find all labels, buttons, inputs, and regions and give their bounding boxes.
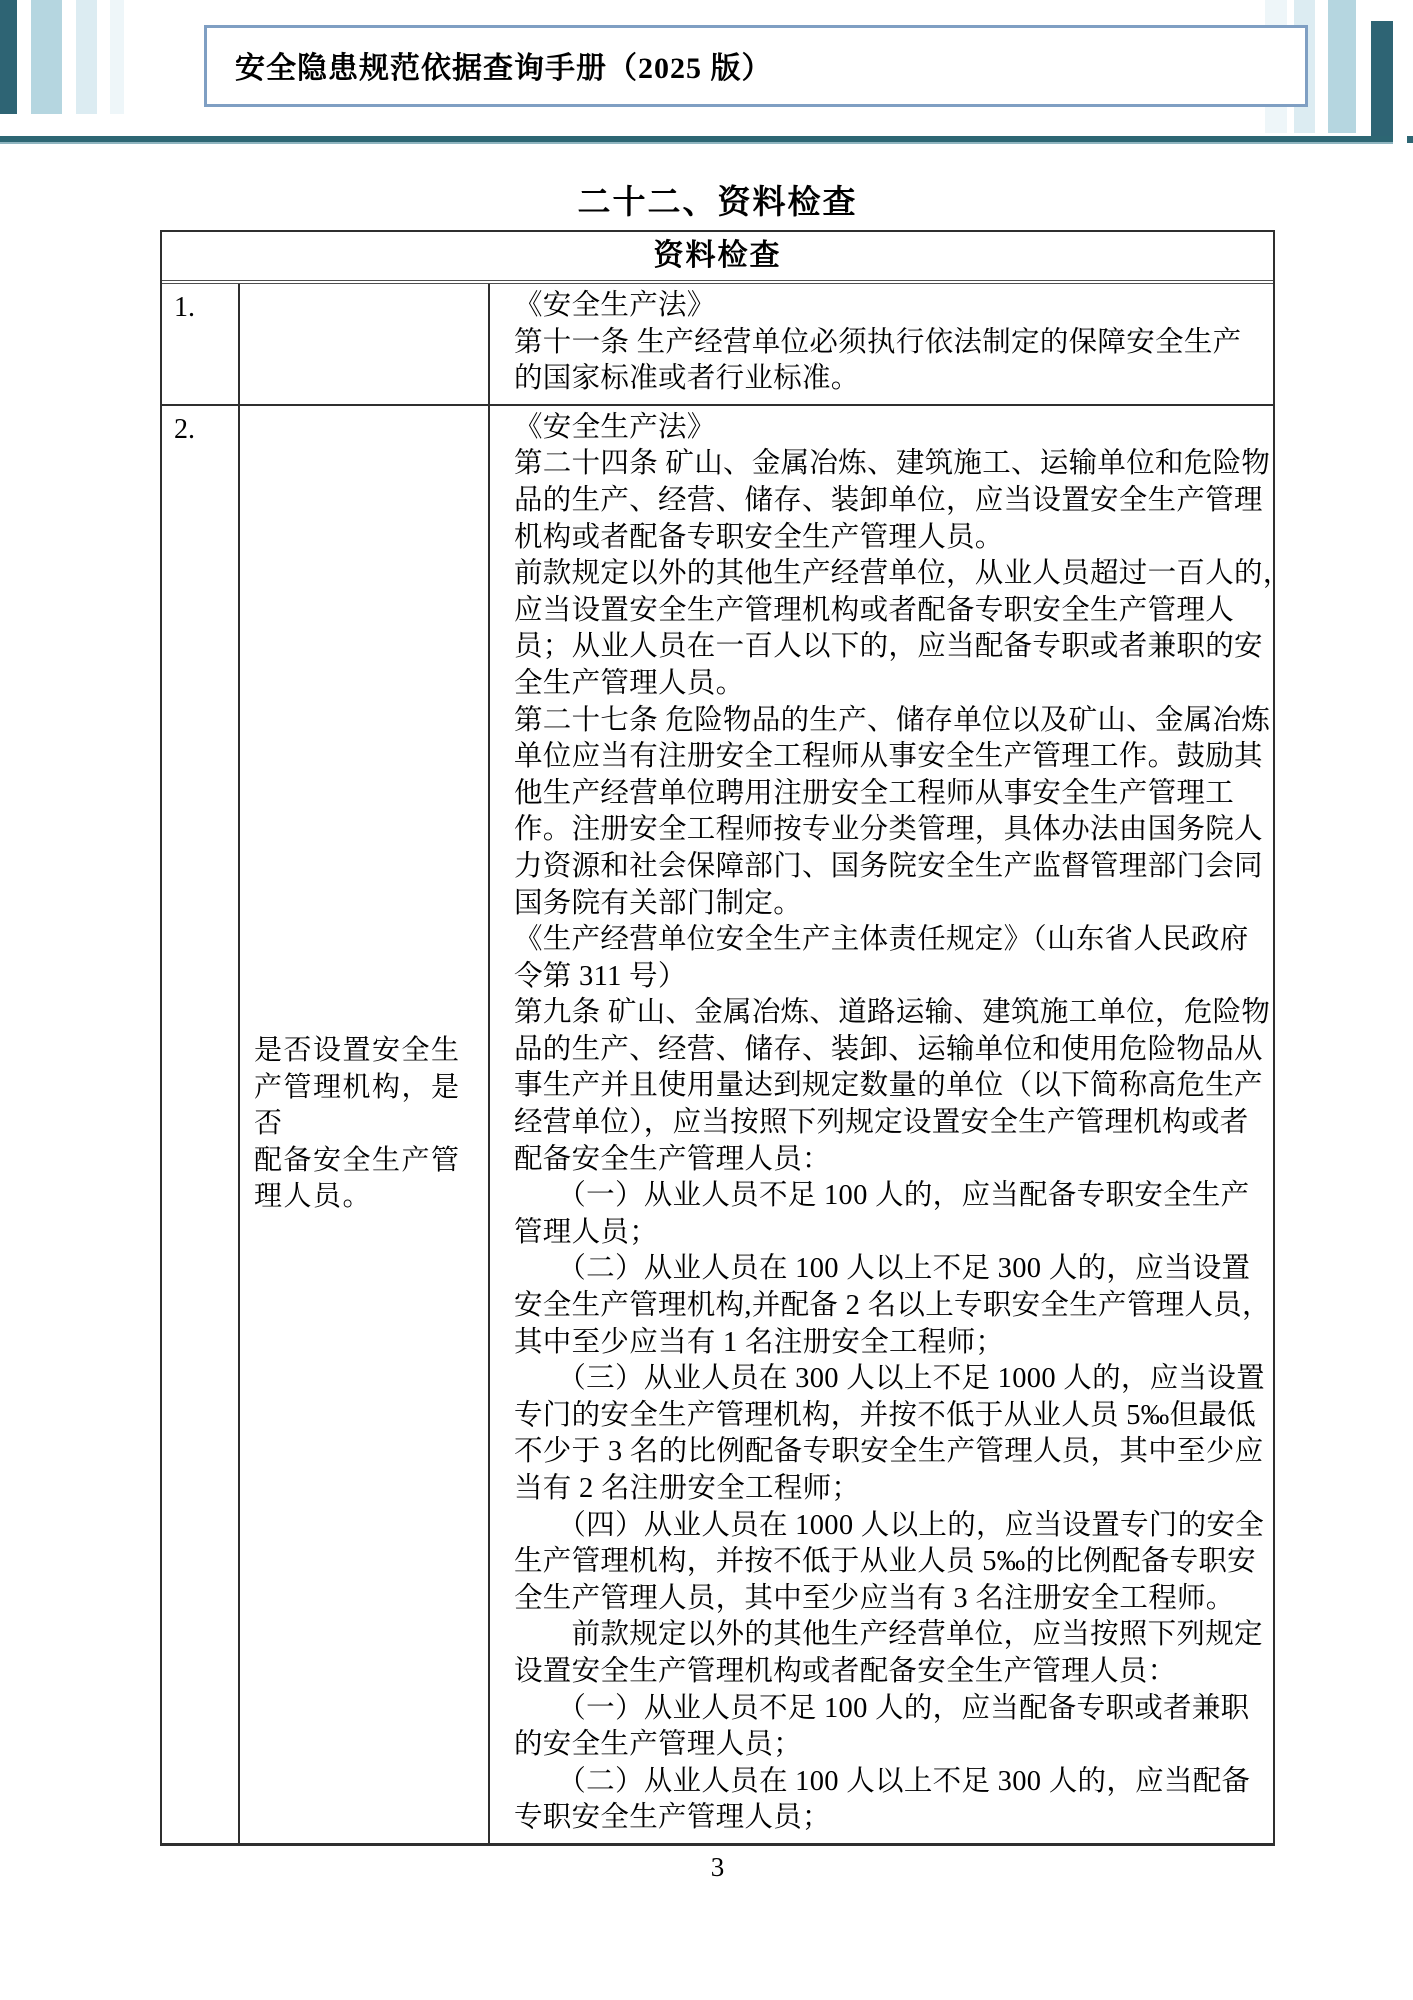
deco-bar-left-faint: [110, 0, 124, 114]
header-divider-underline: [0, 142, 1393, 144]
text-line: 《生产经营单位安全生产主体责任规定》（山东省人民政府: [514, 922, 1292, 959]
text-line: 《安全生产法》: [514, 288, 1261, 325]
text-line: （二）从业人员在 100 人以上不足 300 人的，应当配备: [514, 1764, 1292, 1801]
text-line: 安全生产管理机构,并配备 2 名以上专职安全生产管理人员，: [514, 1288, 1292, 1325]
text-line: 的国家标准或者行业标准。: [514, 361, 1261, 398]
deco-bar-right-medium: [1328, 0, 1356, 133]
text-line: 应当设置安全生产管理机构或者配备专职安全生产管理人: [514, 593, 1292, 630]
text-line: 管理人员；: [514, 1215, 1292, 1252]
deco-bar-dark-left: [0, 0, 17, 114]
text-line: 机构或者配备专职安全生产管理人员。: [514, 520, 1292, 557]
page-number: 3: [160, 1852, 1275, 1883]
text-line: 专门的安全生产管理机构，并按不低于从业人员 5‰但最低: [514, 1398, 1292, 1435]
text-line: 生产管理机构，并按不低于从业人员 5‰的比例配备专职安: [514, 1544, 1292, 1581]
text-line: 品的生产、经营、储存、装卸单位，应当设置安全生产管理: [514, 483, 1292, 520]
text-line: 《安全生产法》: [514, 410, 1292, 447]
text-line: 经营单位），应当按照下列规定设置安全生产管理机构或者: [514, 1105, 1292, 1142]
row-basis-cell: 《安全生产法》第十一条 生产经营单位必须执行依法制定的保障安全生产的国家标准或者…: [490, 284, 1273, 404]
text-line: 配备安全生产管: [254, 1143, 484, 1180]
inspection-table: 资料检查 1. 《安全生产法》第十一条 生产经营单位必须执行依法制定的保障安全生…: [160, 230, 1275, 1846]
text-line: 全生产管理人员，其中至少应当有 3 名注册安全工程师。: [514, 1581, 1292, 1618]
text-line: 事生产并且使用量达到规定数量的单位（以下简称高危生产: [514, 1068, 1292, 1105]
text-line: （四）从业人员在 1000 人以上的，应当设置专门的安全: [514, 1508, 1292, 1545]
text-line: （三）从业人员在 300 人以上不足 1000 人的，应当设置: [514, 1361, 1292, 1398]
text-line: 理人员。: [254, 1179, 484, 1216]
text-line: 其中至少应当有 1 名注册安全工程师；: [514, 1325, 1292, 1362]
text-line: （一）从业人员不足 100 人的，应当配备专职安全生产: [514, 1178, 1292, 1215]
text-line: 第二十四条 矿山、金属冶炼、建筑施工、运输单位和危险物: [514, 446, 1292, 483]
text-line: 是否设置安全生: [254, 1033, 484, 1070]
text-line: 员；从业人员在一百人以下的，应当配备专职或者兼职的安: [514, 629, 1292, 666]
text-line: （一）从业人员不足 100 人的，应当配备专职或者兼职: [514, 1691, 1292, 1728]
manual-title-box: 安全隐患规范依据查询手册（2025 版）: [204, 25, 1308, 107]
text-line: 产管理机构，是否: [254, 1070, 484, 1143]
text-line: 全生产管理人员。: [514, 666, 1292, 703]
text-line: 专职安全生产管理人员；: [514, 1800, 1292, 1837]
text-line: 的安全生产管理人员；: [514, 1727, 1292, 1764]
text-line: 前款规定以外的其他生产经营单位，应当按照下列规定: [514, 1617, 1292, 1654]
row-item-cell: [240, 284, 490, 404]
text-line: 品的生产、经营、储存、装卸、运输单位和使用危险物品从: [514, 1032, 1292, 1069]
table-header-cell: 资料检查: [162, 232, 1273, 284]
deco-bar-left-medium: [31, 0, 62, 114]
text-line: 配备安全生产管理人员：: [514, 1142, 1292, 1179]
document-page: 安全隐患规范依据查询手册（2025 版） 二十二、资料检查 资料检查 1. 《安…: [0, 0, 1413, 2000]
deco-bar-dark-right: [1371, 21, 1393, 140]
section-title: 二十二、资料检查: [160, 176, 1275, 223]
text-line: 令第 311 号）: [514, 959, 1292, 996]
table-row: 1. 《安全生产法》第十一条 生产经营单位必须执行依法制定的保障安全生产的国家标…: [162, 284, 1273, 404]
text-line: 前款规定以外的其他生产经营单位，从业人员超过一百人的，: [514, 556, 1292, 593]
text-line: 第十一条 生产经营单位必须执行依法制定的保障安全生产: [514, 325, 1261, 362]
deco-bar-left-light: [76, 0, 97, 114]
text-line: 第九条 矿山、金属冶炼、道路运输、建筑施工单位，危险物: [514, 995, 1292, 1032]
row-item-text: 是否设置安全生产管理机构，是否配备安全生产管理人员。: [254, 1033, 484, 1216]
header-divider-notch: [1407, 136, 1413, 143]
text-line: 国务院有关部门制定。: [514, 886, 1292, 923]
row-basis-cell: 《安全生产法》第二十四条 矿山、金属冶炼、建筑施工、运输单位和危险物品的生产、经…: [490, 406, 1304, 1843]
text-line: 单位应当有注册安全工程师从事安全生产管理工作。鼓励其: [514, 739, 1292, 776]
text-line: 作。注册安全工程师按专业分类管理，具体办法由国务院人: [514, 812, 1292, 849]
text-line: 他生产经营单位聘用注册安全工程师从事安全生产管理工: [514, 776, 1292, 813]
text-line: 设置安全生产管理机构或者配备安全生产管理人员：: [514, 1654, 1292, 1691]
text-line: 力资源和社会保障部门、国务院安全生产监督管理部门会同: [514, 849, 1292, 886]
text-line: 不少于 3 名的比例配备专职安全生产管理人员，其中至少应: [514, 1434, 1292, 1471]
table-row: 2. 是否设置安全生产管理机构，是否配备安全生产管理人员。 《安全生产法》第二十…: [162, 404, 1273, 1843]
row-number-cell: 1.: [162, 284, 240, 404]
row-number-cell: 2.: [162, 406, 240, 1843]
text-line: （二）从业人员在 100 人以上不足 300 人的，应当设置: [514, 1251, 1292, 1288]
manual-title: 安全隐患规范依据查询手册（2025 版）: [207, 28, 1305, 87]
row-item-cell: 是否设置安全生产管理机构，是否配备安全生产管理人员。: [240, 406, 490, 1843]
text-line: 第二十七条 危险物品的生产、储存单位以及矿山、金属冶炼: [514, 703, 1292, 740]
text-line: 当有 2 名注册安全工程师；: [514, 1471, 1292, 1508]
